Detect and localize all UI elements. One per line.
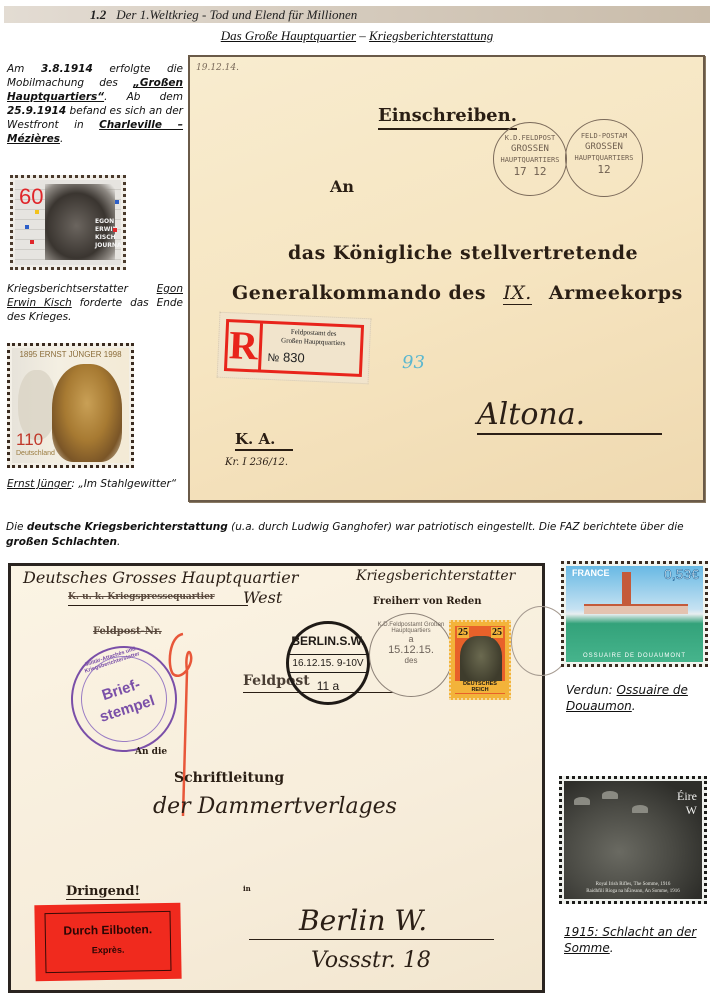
- title-text: Der 1.Weltkrieg - Tod und Elend für Mill…: [116, 7, 357, 22]
- stamp-country: Éire W: [677, 789, 697, 817]
- page-title: 1.2Der 1.Weltkrieg - Tod und Elend für M…: [90, 7, 357, 23]
- in-label: in: [243, 884, 251, 893]
- juenger-caption: Ernst Jünger: „Im Stahlgewitter“: [7, 477, 183, 491]
- subtitle-part2: Kriegsberichterstattung: [369, 28, 493, 43]
- registration-number: № 830: [267, 349, 305, 366]
- envelope-registered-altona: 19.12.14. Einschreiben. K.D.FELDPOST GRO…: [188, 55, 705, 502]
- subtitle-separator: –: [356, 28, 369, 43]
- address-line2: Generalkommando des IX. Armeekorps: [232, 282, 683, 304]
- stamp-eire-somme: Éire W Royal Irish Rifles, The Somme, 19…: [559, 776, 707, 904]
- juenger-portrait: [52, 364, 122, 462]
- envelope-express-berlin: Deutsches Grosses Hauptquartier Kriegsbe…: [8, 563, 545, 993]
- postmark-feldpost-1: K.D.FELDPOST GROSSEN HAUPTQUARTIERS 17 1…: [493, 122, 567, 196]
- sender-handwritten: Deutsches Grosses Hauptquartier: [23, 568, 298, 587]
- postmark-great-hq: K.D.Feldpostamt Großen Hauptquartiers a …: [369, 613, 453, 697]
- stamp-value: 60: [19, 184, 43, 210]
- address-an: An: [330, 177, 354, 196]
- stamp-germania-25: 25 25 DEUTSCHES REICH: [449, 620, 511, 700]
- sender-role-handwritten: Kriegsberichterstatter: [356, 568, 515, 584]
- an-die-label: An die: [135, 747, 167, 757]
- struck-sender-line: K. u. k. Kriegspressequartier: [68, 592, 248, 606]
- feldpost-number-struck: Feldpost-Nr.: [93, 626, 162, 637]
- juenger-link[interactable]: Ernst Jünger: [7, 478, 71, 490]
- kisch-caption: Kriegsberichtserstatter Egon Erwin Kisch…: [7, 282, 183, 324]
- stamp-text: EGONERWINKISCHJOURNALIST: [95, 218, 121, 250]
- somme-link[interactable]: 1915: Schlacht an der Somme: [564, 925, 696, 955]
- registration-office: Feldpostamt des Großen Hauptquartiers: [266, 327, 361, 349]
- stamp-caption: OSSUAIRE DE DOUAUMONT: [566, 653, 703, 659]
- urgent-label: Dringend!: [66, 884, 140, 900]
- stamp-country: Deutschland: [16, 450, 55, 457]
- postmark-feldpost-2: FELD-POSTAM GROSSEN HAUPTQUARTIERS 12: [565, 119, 643, 197]
- express-label: Durch Eilboten. Exprès.: [34, 903, 181, 982]
- publisher-handwritten: der Dammertverlages: [153, 794, 397, 819]
- intro-text: Am 3.8.1914 erfolgte die Mobilmachung de…: [7, 62, 183, 146]
- registered-label: Einschreiben.: [378, 105, 517, 130]
- ka-label: K. A.: [235, 430, 293, 451]
- middle-description: Die deutsche Kriegsberichterstattung (u.…: [6, 520, 708, 550]
- address-line1: das Königliche stellvertretende: [288, 242, 638, 264]
- stamp-country: FRANCE: [572, 568, 610, 578]
- date-note: 19.12.14.: [196, 63, 239, 73]
- destination-street: Vossstr. 18: [311, 948, 431, 973]
- stamp-caption: Royal Irish Rifles, The Somme, 1916 Raid…: [564, 881, 702, 895]
- registration-r: R: [227, 322, 263, 369]
- verdun-caption: Verdun: Ossuaire de Douaumon.: [566, 682, 706, 714]
- section-number: 1.2: [90, 7, 106, 22]
- destination-city: Berlin W.: [249, 903, 494, 940]
- corps-number: IX.: [503, 282, 532, 305]
- stamp-value: 0,53€: [664, 566, 699, 582]
- subtitle-part1: Das Große Hauptquartier: [221, 28, 356, 43]
- sender-name: Freiherr von Reden: [373, 596, 482, 607]
- stamp-value: 110: [16, 430, 43, 450]
- stamp-ernst-juenger: 1895 ERNST JÜNGER 1998 110 Deutschland: [7, 343, 134, 468]
- stamp-egon-kisch: 60 EGONERWINKISCHJOURNALIST: [10, 175, 126, 270]
- registration-label: R Feldpostamt des Großen Hauptquartiers …: [217, 312, 372, 385]
- somme-caption: 1915: Schlacht an der Somme.: [564, 924, 709, 956]
- address-city: Altona.: [477, 397, 662, 435]
- germania-figure: [460, 636, 502, 686]
- blue-pencil-mark: 93: [402, 352, 425, 373]
- stamp-header: 1895 ERNST JÜNGER 1998: [12, 350, 129, 359]
- postmark-berlin-sw: BERLIN.S.W. 16.12.15. 9-10V 11 a: [286, 621, 370, 705]
- reference-note: Kr. I 236/12.: [225, 457, 288, 468]
- schriftleitung-label: Schriftleitung: [174, 770, 284, 786]
- stamp-ossuaire-douaumont: FRANCE 0,53€ OSSUAIRE DE DOUAUMONT: [561, 561, 708, 667]
- page-subtitle: Das Große Hauptquartier – Kriegsberichte…: [0, 28, 714, 44]
- west-handwritten: West: [243, 588, 282, 607]
